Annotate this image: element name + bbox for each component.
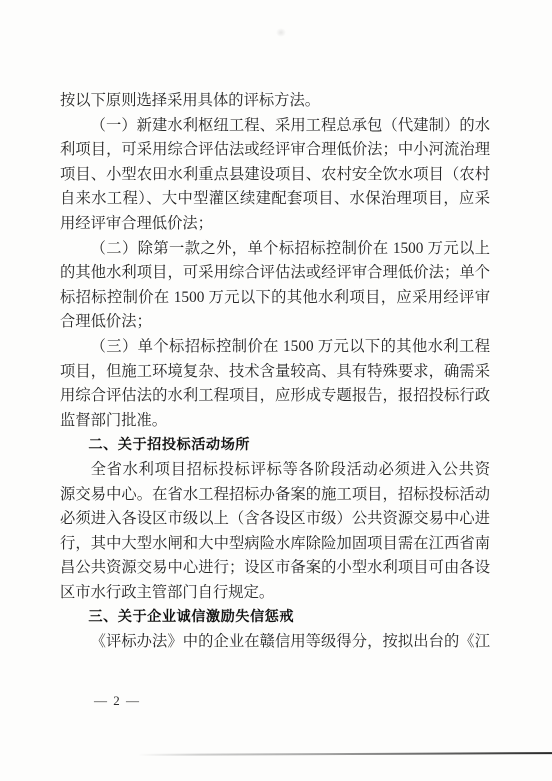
text-line: （二）除第一款之外，单个标招标控制价在 1500 万元以上 bbox=[60, 237, 490, 262]
text-line: 项目、小型农田水利重点县建设项目、农村安全饮水项目（农村 bbox=[60, 163, 490, 188]
text-line: 源交易中心。在省水工程招标办备案的施工项目，招标投标活动 bbox=[60, 483, 490, 508]
text-line: 昌公共资源交易中心进行；设区市备案的小型水利项目可由各设 bbox=[60, 556, 490, 581]
text-block: 按以下原则选择采用具体的评标方法。 （一）新建水利枢纽工程、采用工程总承包（代建… bbox=[60, 89, 490, 655]
text-line: 必须进入各设区市级以上（含各设区市级）公共资源交易中心进 bbox=[60, 507, 490, 532]
text-line: 按以下原则选择采用具体的评标方法。 bbox=[60, 89, 490, 114]
scan-smudge bbox=[276, 28, 286, 37]
text-line: 用综合评估法的水利工程项目，应形成专题报告，报招投标行政 bbox=[60, 384, 490, 409]
text-line: （一）新建水利枢纽工程、采用工程总承包（代建制）的水 bbox=[60, 114, 490, 139]
document-page: 按以下原则选择采用具体的评标方法。 （一）新建水利枢纽工程、采用工程总承包（代建… bbox=[0, 0, 552, 781]
text-line: 利项目，可采用综合评估法或经评审合理低价法；中小河流治理 bbox=[60, 138, 490, 163]
text-line: 合理低价法； bbox=[60, 310, 490, 335]
text-line: 用经评审合理低价法； bbox=[60, 212, 490, 237]
text-line: 项目，但施工环境复杂、技术含量较高、具有特殊要求，确需采 bbox=[60, 360, 490, 385]
text-line: 自来水工程）、大中型灌区续建配套项目、水保治理项目，应采 bbox=[60, 187, 490, 212]
text-line: 监督部门批准。 bbox=[60, 409, 490, 434]
text-line: 区市水行政主管部门自行规定。 bbox=[60, 581, 490, 606]
text-line: 《评标办法》中的企业在赣信用等级得分，按拟出台的《江 bbox=[60, 630, 490, 655]
section-heading-2: 二、关于招投标活动场所 bbox=[60, 433, 490, 458]
text-line: 全省水利项目招标投标评标等各阶段活动必须进入公共资 bbox=[60, 458, 490, 483]
text-line: 行，其中大型水闸和大中型病险水库除险加固项目需在江西省南 bbox=[60, 532, 490, 557]
section-heading-3: 三、关于企业诚信激励失信惩戒 bbox=[60, 605, 490, 630]
scan-edge-line bbox=[138, 752, 552, 756]
text-line: 的其他水利项目，可采用综合评估法或经评审合理低价法；单个 bbox=[60, 261, 490, 286]
page-number: — 2 — bbox=[94, 693, 141, 708]
text-line: （三）单个标招标控制价在 1500 万元以下的其他水利工程 bbox=[60, 335, 490, 360]
text-line: 标招标控制价在 1500 万元以下的其他水利项目，应采用经评审 bbox=[60, 286, 490, 311]
